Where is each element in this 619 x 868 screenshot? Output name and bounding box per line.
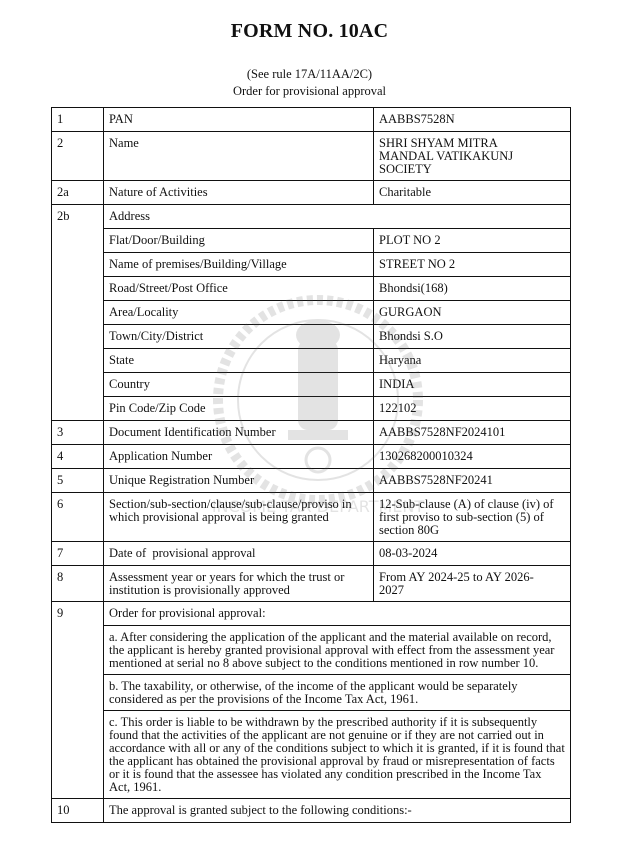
row-number: 2a <box>52 181 104 205</box>
section-value: 12-Sub-clause (A) of clause (iv) of firs… <box>374 493 571 542</box>
address-field-label: State <box>104 349 374 373</box>
approval-date-value: 08-03-2024 <box>374 542 571 566</box>
row-number: 8 <box>52 566 104 602</box>
row-label: The approval is granted subject to the f… <box>104 799 571 823</box>
row-number: 5 <box>52 469 104 493</box>
address-field-label: Name of premises/Building/Village <box>104 253 374 277</box>
table-row-order: 9 Order for provisional approval: <box>52 602 571 626</box>
address-field-value: Bhondsi S.O <box>374 325 571 349</box>
address-field-row: Flat/Door/Building PLOT NO 2 <box>52 229 571 253</box>
address-field-row: State Haryana <box>52 349 571 373</box>
row-label: Address <box>104 205 571 229</box>
address-field-row: Area/Locality GURGAON <box>52 301 571 325</box>
address-field-row: Country INDIA <box>52 373 571 397</box>
row-label: Order for provisional approval: <box>104 602 571 626</box>
row-number: 9 <box>52 602 104 799</box>
table-row-assessment-years: 8 Assessment year or years for which the… <box>52 566 571 602</box>
order-paragraph-row: a. After considering the application of … <box>52 626 571 675</box>
row-number: 2b <box>52 205 104 421</box>
table-row-din: 3 Document Identification Number AABBS75… <box>52 421 571 445</box>
table-row-pan: 1 PAN AABBS7528N <box>52 108 571 132</box>
approval-details-table: 1 PAN AABBS7528N 2 Name SHRI SHYAM MITRA… <box>51 107 571 823</box>
table-row-date: 7 Date of provisional approval 08-03-202… <box>52 542 571 566</box>
row-label: Section/sub-section/clause/sub-clause/pr… <box>104 493 374 542</box>
table-row-urn: 5 Unique Registration Number AABBS7528NF… <box>52 469 571 493</box>
order-paragraph-b: b. The taxability, or otherwise, of the … <box>104 675 571 711</box>
address-field-value: STREET NO 2 <box>374 253 571 277</box>
table-row-application: 4 Application Number 130268200010324 <box>52 445 571 469</box>
address-field-value: GURGAON <box>374 301 571 325</box>
row-label: Date of provisional approval <box>104 542 374 566</box>
row-label: Nature of Activities <box>104 181 374 205</box>
order-paragraph-c: c. This order is liable to be withdrawn … <box>104 711 571 799</box>
order-paragraph-a: a. After considering the application of … <box>104 626 571 675</box>
pan-value: AABBS7528N <box>374 108 571 132</box>
address-field-value: INDIA <box>374 373 571 397</box>
address-field-label: Country <box>104 373 374 397</box>
table-row-conditions: 10 The approval is granted subject to th… <box>52 799 571 823</box>
address-field-label: Area/Locality <box>104 301 374 325</box>
address-field-label: Road/Street/Post Office <box>104 277 374 301</box>
urn-value: AABBS7528NF20241 <box>374 469 571 493</box>
address-field-label: Town/City/District <box>104 325 374 349</box>
form-title: FORM NO. 10AC <box>0 20 619 43</box>
din-value: AABBS7528NF2024101 <box>374 421 571 445</box>
form-rule-reference: (See rule 17A/11AA/2C) <box>0 67 619 82</box>
row-label: Application Number <box>104 445 374 469</box>
application-number-value: 130268200010324 <box>374 445 571 469</box>
order-paragraph-row: b. The taxability, or otherwise, of the … <box>52 675 571 711</box>
assessment-years-value: From AY 2024-25 to AY 2026-2027 <box>374 566 571 602</box>
address-field-label: Flat/Door/Building <box>104 229 374 253</box>
address-field-row: Town/City/District Bhondsi S.O <box>52 325 571 349</box>
table-row-nature: 2a Nature of Activities Charitable <box>52 181 571 205</box>
address-field-label: Pin Code/Zip Code <box>104 397 374 421</box>
order-paragraph-row: c. This order is liable to be withdrawn … <box>52 711 571 799</box>
address-field-row: Road/Street/Post Office Bhondsi(168) <box>52 277 571 301</box>
row-label: PAN <box>104 108 374 132</box>
nature-value: Charitable <box>374 181 571 205</box>
row-number: 2 <box>52 132 104 181</box>
row-number: 7 <box>52 542 104 566</box>
row-number: 6 <box>52 493 104 542</box>
row-label: Unique Registration Number <box>104 469 374 493</box>
address-field-value: 122102 <box>374 397 571 421</box>
address-field-value: Haryana <box>374 349 571 373</box>
row-label: Assessment year or years for which the t… <box>104 566 374 602</box>
table-row-section: 6 Section/sub-section/clause/sub-clause/… <box>52 493 571 542</box>
name-value: SHRI SHYAM MITRA MANDAL VATIKAKUNJ SOCIE… <box>374 132 571 181</box>
row-label: Name <box>104 132 374 181</box>
row-number: 4 <box>52 445 104 469</box>
row-number: 3 <box>52 421 104 445</box>
table-row-name: 2 Name SHRI SHYAM MITRA MANDAL VATIKAKUN… <box>52 132 571 181</box>
address-field-row: Name of premises/Building/Village STREET… <box>52 253 571 277</box>
address-field-row: Pin Code/Zip Code 122102 <box>52 397 571 421</box>
row-number: 1 <box>52 108 104 132</box>
address-field-value: PLOT NO 2 <box>374 229 571 253</box>
table-row-address: 2b Address <box>52 205 571 229</box>
address-field-value: Bhondsi(168) <box>374 277 571 301</box>
row-number: 10 <box>52 799 104 823</box>
row-label: Document Identification Number <box>104 421 374 445</box>
form-subtitle: Order for provisional approval <box>0 84 619 99</box>
